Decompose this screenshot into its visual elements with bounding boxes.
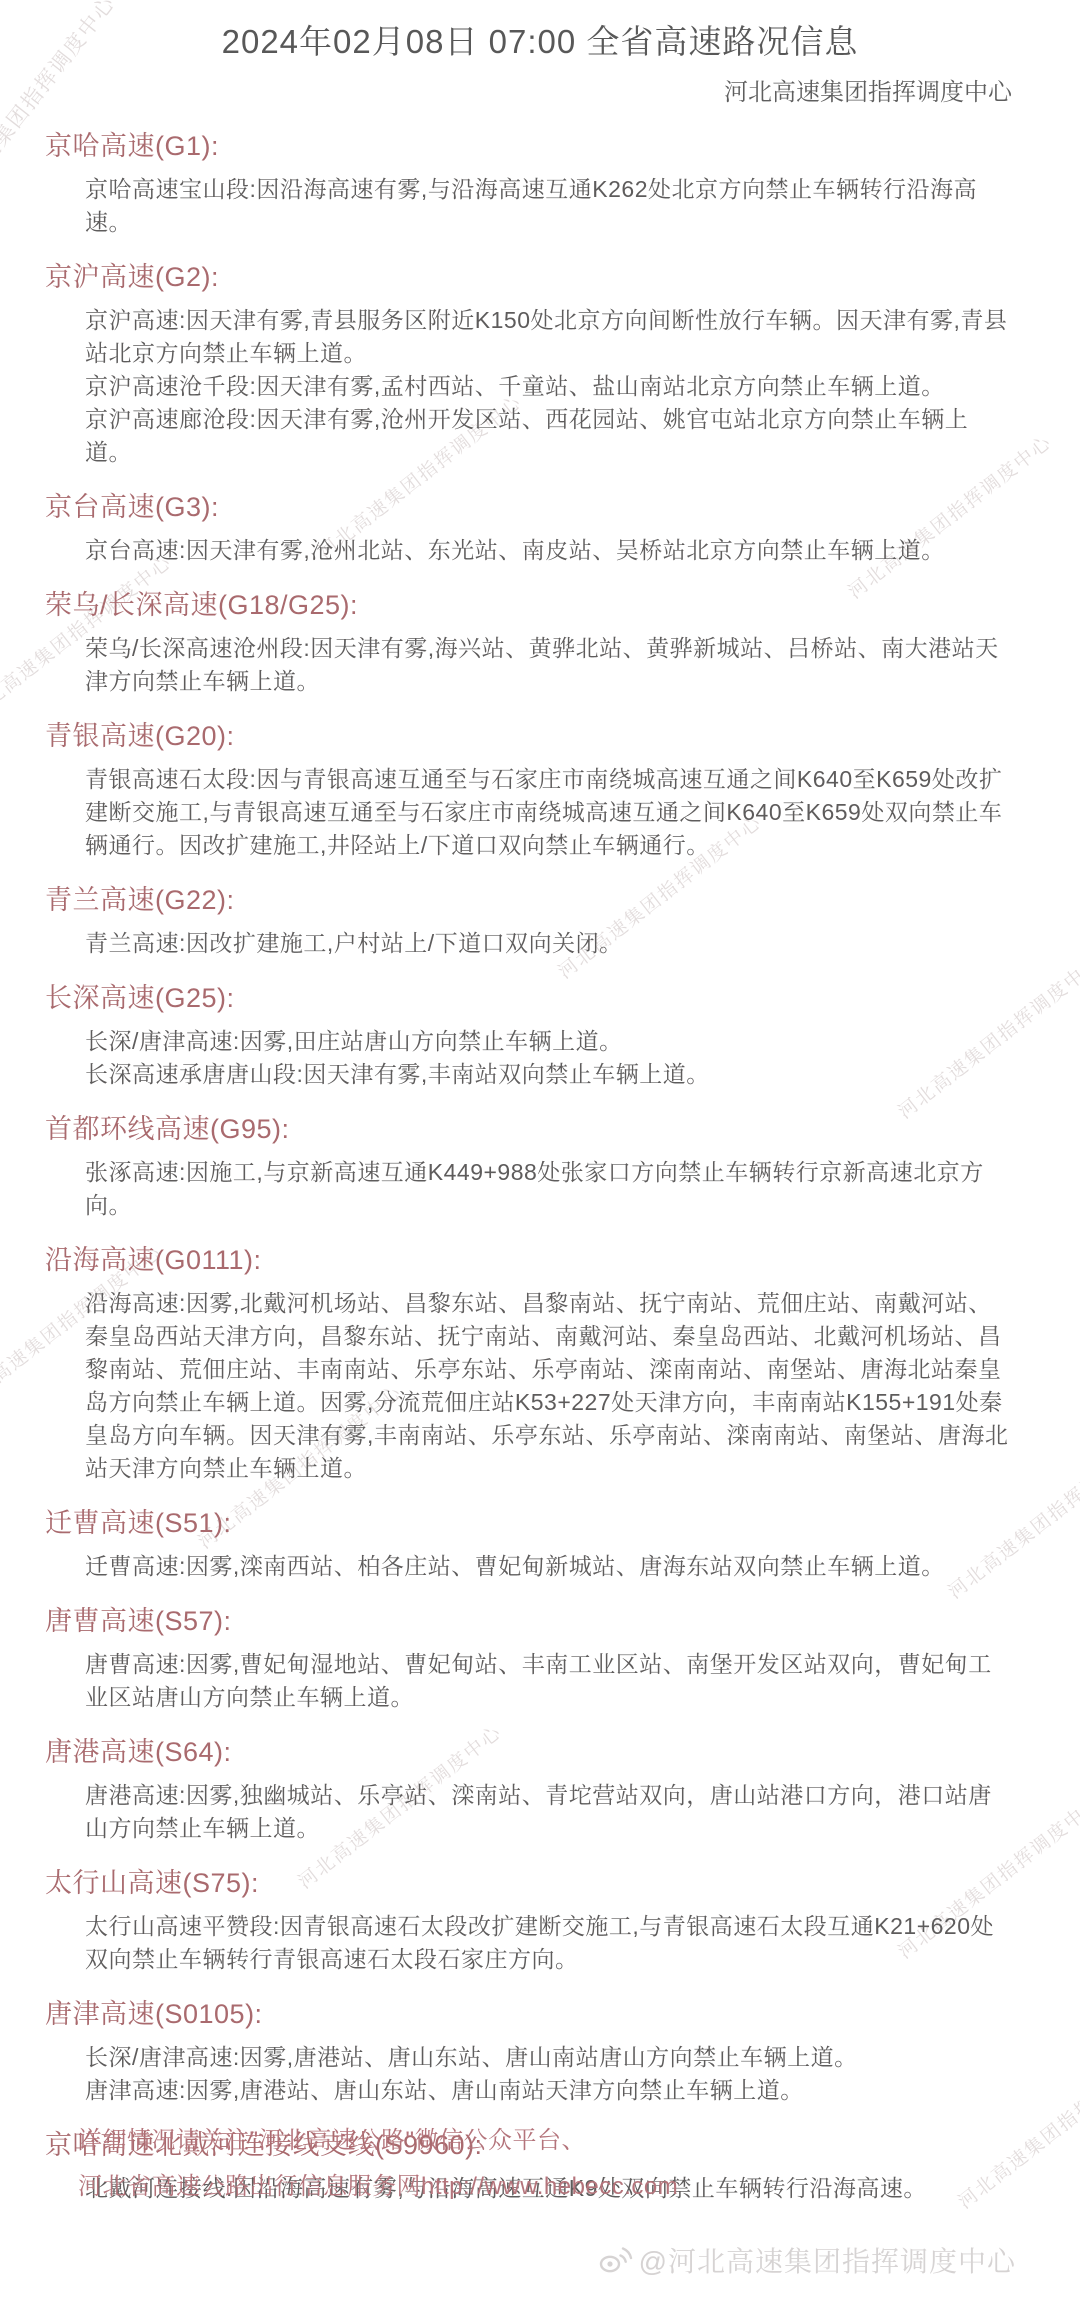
section-g25: 长深高速(G25): 长深/唐津高速:因雾,田庄站唐山方向禁止车辆上道。 长深高… [45,980,1012,1091]
section-s57: 唐曹高速(S57): 唐曹高速:因雾,曹妃甸湿地站、曹妃甸站、丰南工业区站、南堡… [45,1603,1012,1714]
traffic-bulletin-page: 河北高速集团指挥调度中心 河北高速集团指挥调度中心 河北高速集团指挥调度中心 河… [0,0,1080,2299]
section-heading: 荣乌/长深高速(G18/G25): [45,587,1012,623]
section-paragraph: 青银高速石太段:因与青银高速互通至与石家庄市南绕城高速互通之间K640至K659… [45,763,1012,862]
section-paragraph: 张涿高速:因施工,与京新高速互通K449+988处张家口方向禁止车辆转行京新高速… [45,1156,1012,1222]
section-g0111: 沿海高速(G0111): 沿海高速:因雾,北戴河机场站、昌黎东站、昌黎南站、抚宁… [45,1242,1012,1485]
section-g18-g25: 荣乌/长深高速(G18/G25): 荣乌/长深高速沧州段:因天津有雾,海兴站、黄… [45,587,1012,698]
section-paragraph: 京哈高速宝山段:因沿海高速有雾,与沿海高速互通K262处北京方向禁止车辆转行沿海… [45,173,1012,239]
section-paragraph: 青兰高速:因改扩建施工,户村站上/下道口双向关闭。 [45,927,1012,960]
section-heading: 首都环线高速(G95): [45,1111,1012,1147]
section-paragraph: 唐曹高速:因雾,曹妃甸湿地站、曹妃甸站、丰南工业区站、南堡开发区站双向，曹妃甸工… [45,1648,1012,1714]
section-heading: 太行山高速(S75): [45,1865,1012,1901]
road-sections: 京哈高速(G1): 京哈高速宝山段:因沿海高速有雾,与沿海高速互通K262处北京… [0,128,1080,2205]
section-paragraph: 长深/唐津高速:因雾,田庄站唐山方向禁止车辆上道。 [45,1025,1012,1058]
section-s51: 迁曹高速(S51): 迁曹高速:因雾,滦南西站、柏各庄站、曹妃甸新城站、唐海东站… [45,1505,1012,1583]
weibo-watermark: @河北高速集团指挥调度中心 [599,2240,1016,2280]
bulletin-content: 2024年02月08日 07:00 全省高速路况信息 河北高速集团指挥调度中心 … [0,0,1080,2205]
section-g22: 青兰高速(G22): 青兰高速:因改扩建施工,户村站上/下道口双向关闭。 [45,882,1012,960]
section-heading: 长深高速(G25): [45,980,1012,1016]
section-paragraph: 长深/唐津高速:因雾,唐港站、唐山东站、唐山南站唐山方向禁止车辆上道。 [45,2041,1012,2074]
footer-wechat-line: 详细情况请关注"河北高速公路"微信公众平台、 [78,2118,678,2164]
section-s0105: 唐津高速(S0105): 长深/唐津高速:因雾,唐港站、唐山东站、唐山南站唐山方… [45,1996,1012,2107]
section-heading: 唐曹高速(S57): [45,1603,1012,1639]
section-paragraph: 迁曹高速:因雾,滦南西站、柏各庄站、曹妃甸新城站、唐海东站双向禁止车辆上道。 [45,1550,1012,1583]
weibo-icon [599,2245,633,2275]
section-paragraph: 京台高速:因天津有雾,沧州北站、东光站、南皮站、吴桥站北京方向禁止车辆上道。 [45,534,1012,567]
weibo-handle: @河北高速集团指挥调度中心 [639,2240,1016,2280]
section-heading: 京沪高速(G2): [45,259,1012,295]
section-paragraph: 太行山高速平赞段:因青银高速石太段改扩建断交施工,与青银高速石太段互通K21+6… [45,1910,1012,1976]
section-heading: 唐港高速(S64): [45,1734,1012,1770]
footer-notice: 详细情况请关注"河北高速公路"微信公众平台、 河北省高速公路出行信息服务网htt… [78,2118,678,2210]
section-paragraph: 京沪高速:因天津有雾,青县服务区附近K150处北京方向间断性放行车辆。因天津有雾… [45,304,1012,370]
section-heading: 唐津高速(S0105): [45,1996,1012,2032]
issuer-subtitle: 河北高速集团指挥调度中心 [0,78,1080,108]
section-paragraph: 长深高速承唐唐山段:因天津有雾,丰南站双向禁止车辆上道。 [45,1058,1012,1091]
section-heading: 青兰高速(G22): [45,882,1012,918]
section-heading: 京台高速(G3): [45,489,1012,525]
footer-website-line[interactable]: 河北省高速公路出行信息服务网http://www.hebecc.com [78,2164,678,2210]
section-paragraph: 荣乌/长深高速沧州段:因天津有雾,海兴站、黄骅北站、黄骅新城站、吕桥站、南大港站… [45,632,1012,698]
section-g3: 京台高速(G3): 京台高速:因天津有雾,沧州北站、东光站、南皮站、吴桥站北京方… [45,489,1012,567]
section-paragraph: 唐津高速:因雾,唐港站、唐山东站、唐山南站天津方向禁止车辆上道。 [45,2074,1012,2107]
section-g20: 青银高速(G20): 青银高速石太段:因与青银高速互通至与石家庄市南绕城高速互通… [45,718,1012,862]
page-title: 2024年02月08日 07:00 全省高速路况信息 [0,22,1080,62]
section-paragraph: 京沪高速沧千段:因天津有雾,孟村西站、千童站、盐山南站北京方向禁止车辆上道。 [45,370,1012,403]
section-heading: 沿海高速(G0111): [45,1242,1012,1278]
section-s75: 太行山高速(S75): 太行山高速平赞段:因青银高速石太段改扩建断交施工,与青银… [45,1865,1012,1976]
section-heading: 京哈高速(G1): [45,128,1012,164]
section-paragraph: 沿海高速:因雾,北戴河机场站、昌黎东站、昌黎南站、抚宁南站、荒佃庄站、南戴河站、… [45,1287,1012,1485]
section-paragraph: 京沪高速廊沧段:因天津有雾,沧州开发区站、西花园站、姚官屯站北京方向禁止车辆上道… [45,403,1012,469]
section-g2: 京沪高速(G2): 京沪高速:因天津有雾,青县服务区附近K150处北京方向间断性… [45,259,1012,469]
section-g95: 首都环线高速(G95): 张涿高速:因施工,与京新高速互通K449+988处张家… [45,1111,1012,1222]
section-s64: 唐港高速(S64): 唐港高速:因雾,独幽城站、乐亭站、滦南站、青坨营站双向，唐… [45,1734,1012,1845]
section-g1: 京哈高速(G1): 京哈高速宝山段:因沿海高速有雾,与沿海高速互通K262处北京… [45,128,1012,239]
section-paragraph: 唐港高速:因雾,独幽城站、乐亭站、滦南站、青坨营站双向，唐山站港口方向，港口站唐… [45,1779,1012,1845]
section-heading: 青银高速(G20): [45,718,1012,754]
section-heading: 迁曹高速(S51): [45,1505,1012,1541]
